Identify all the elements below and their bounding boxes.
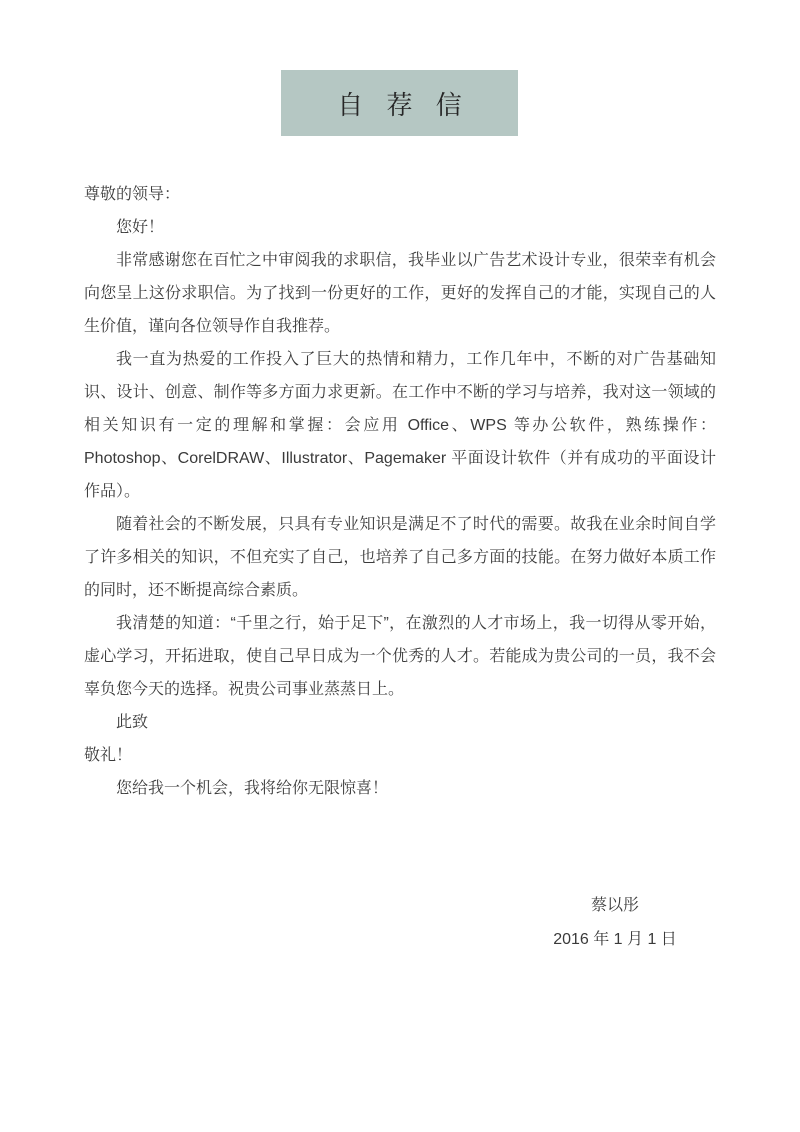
paragraph-skills: 我一直为热爱的工作投入了巨大的热情和精力，工作几年中，不断的对广告基础知识、设计… bbox=[84, 343, 716, 508]
paragraph-aspiration: 我清楚的知道：“千里之行，始于足下”，在激烈的人才市场上，我一切得从零开始，虚心… bbox=[84, 607, 716, 706]
letter-title: 自 荐 信 bbox=[329, 85, 469, 122]
signature-name: 蔡以彤 bbox=[455, 889, 775, 923]
letter-body: 尊敬的领导： 您好！ 非常感谢您在百忙之中审阅我的求职信，我毕业以广告艺术设计专… bbox=[84, 178, 716, 805]
closing-jingli: 敬礼！ bbox=[84, 739, 716, 772]
paragraph-self-study: 随着社会的不断发展，只具有专业知识是满足不了时代的需要。故我在业余时间自学了许多… bbox=[84, 508, 716, 607]
closing-promise: 您给我一个机会，我将给你无限惊喜！ bbox=[84, 772, 716, 805]
letter-title-box: 自 荐 信 bbox=[281, 70, 518, 136]
signature-block: 蔡以彤 2016 年 1 月 1 日 bbox=[455, 889, 775, 957]
paragraph-intro: 非常感谢您在百忙之中审阅我的求职信，我毕业以广告艺术设计专业，很荣幸有机会向您呈… bbox=[84, 244, 716, 343]
signature-date: 2016 年 1 月 1 日 bbox=[455, 923, 775, 957]
greeting-line: 您好！ bbox=[84, 211, 716, 244]
letter-page: 自 荐 信 尊敬的领导： 您好！ 非常感谢您在百忙之中审阅我的求职信，我毕业以广… bbox=[0, 0, 800, 1132]
closing-cizhi: 此致 bbox=[84, 706, 716, 739]
salutation: 尊敬的领导： bbox=[84, 178, 716, 211]
